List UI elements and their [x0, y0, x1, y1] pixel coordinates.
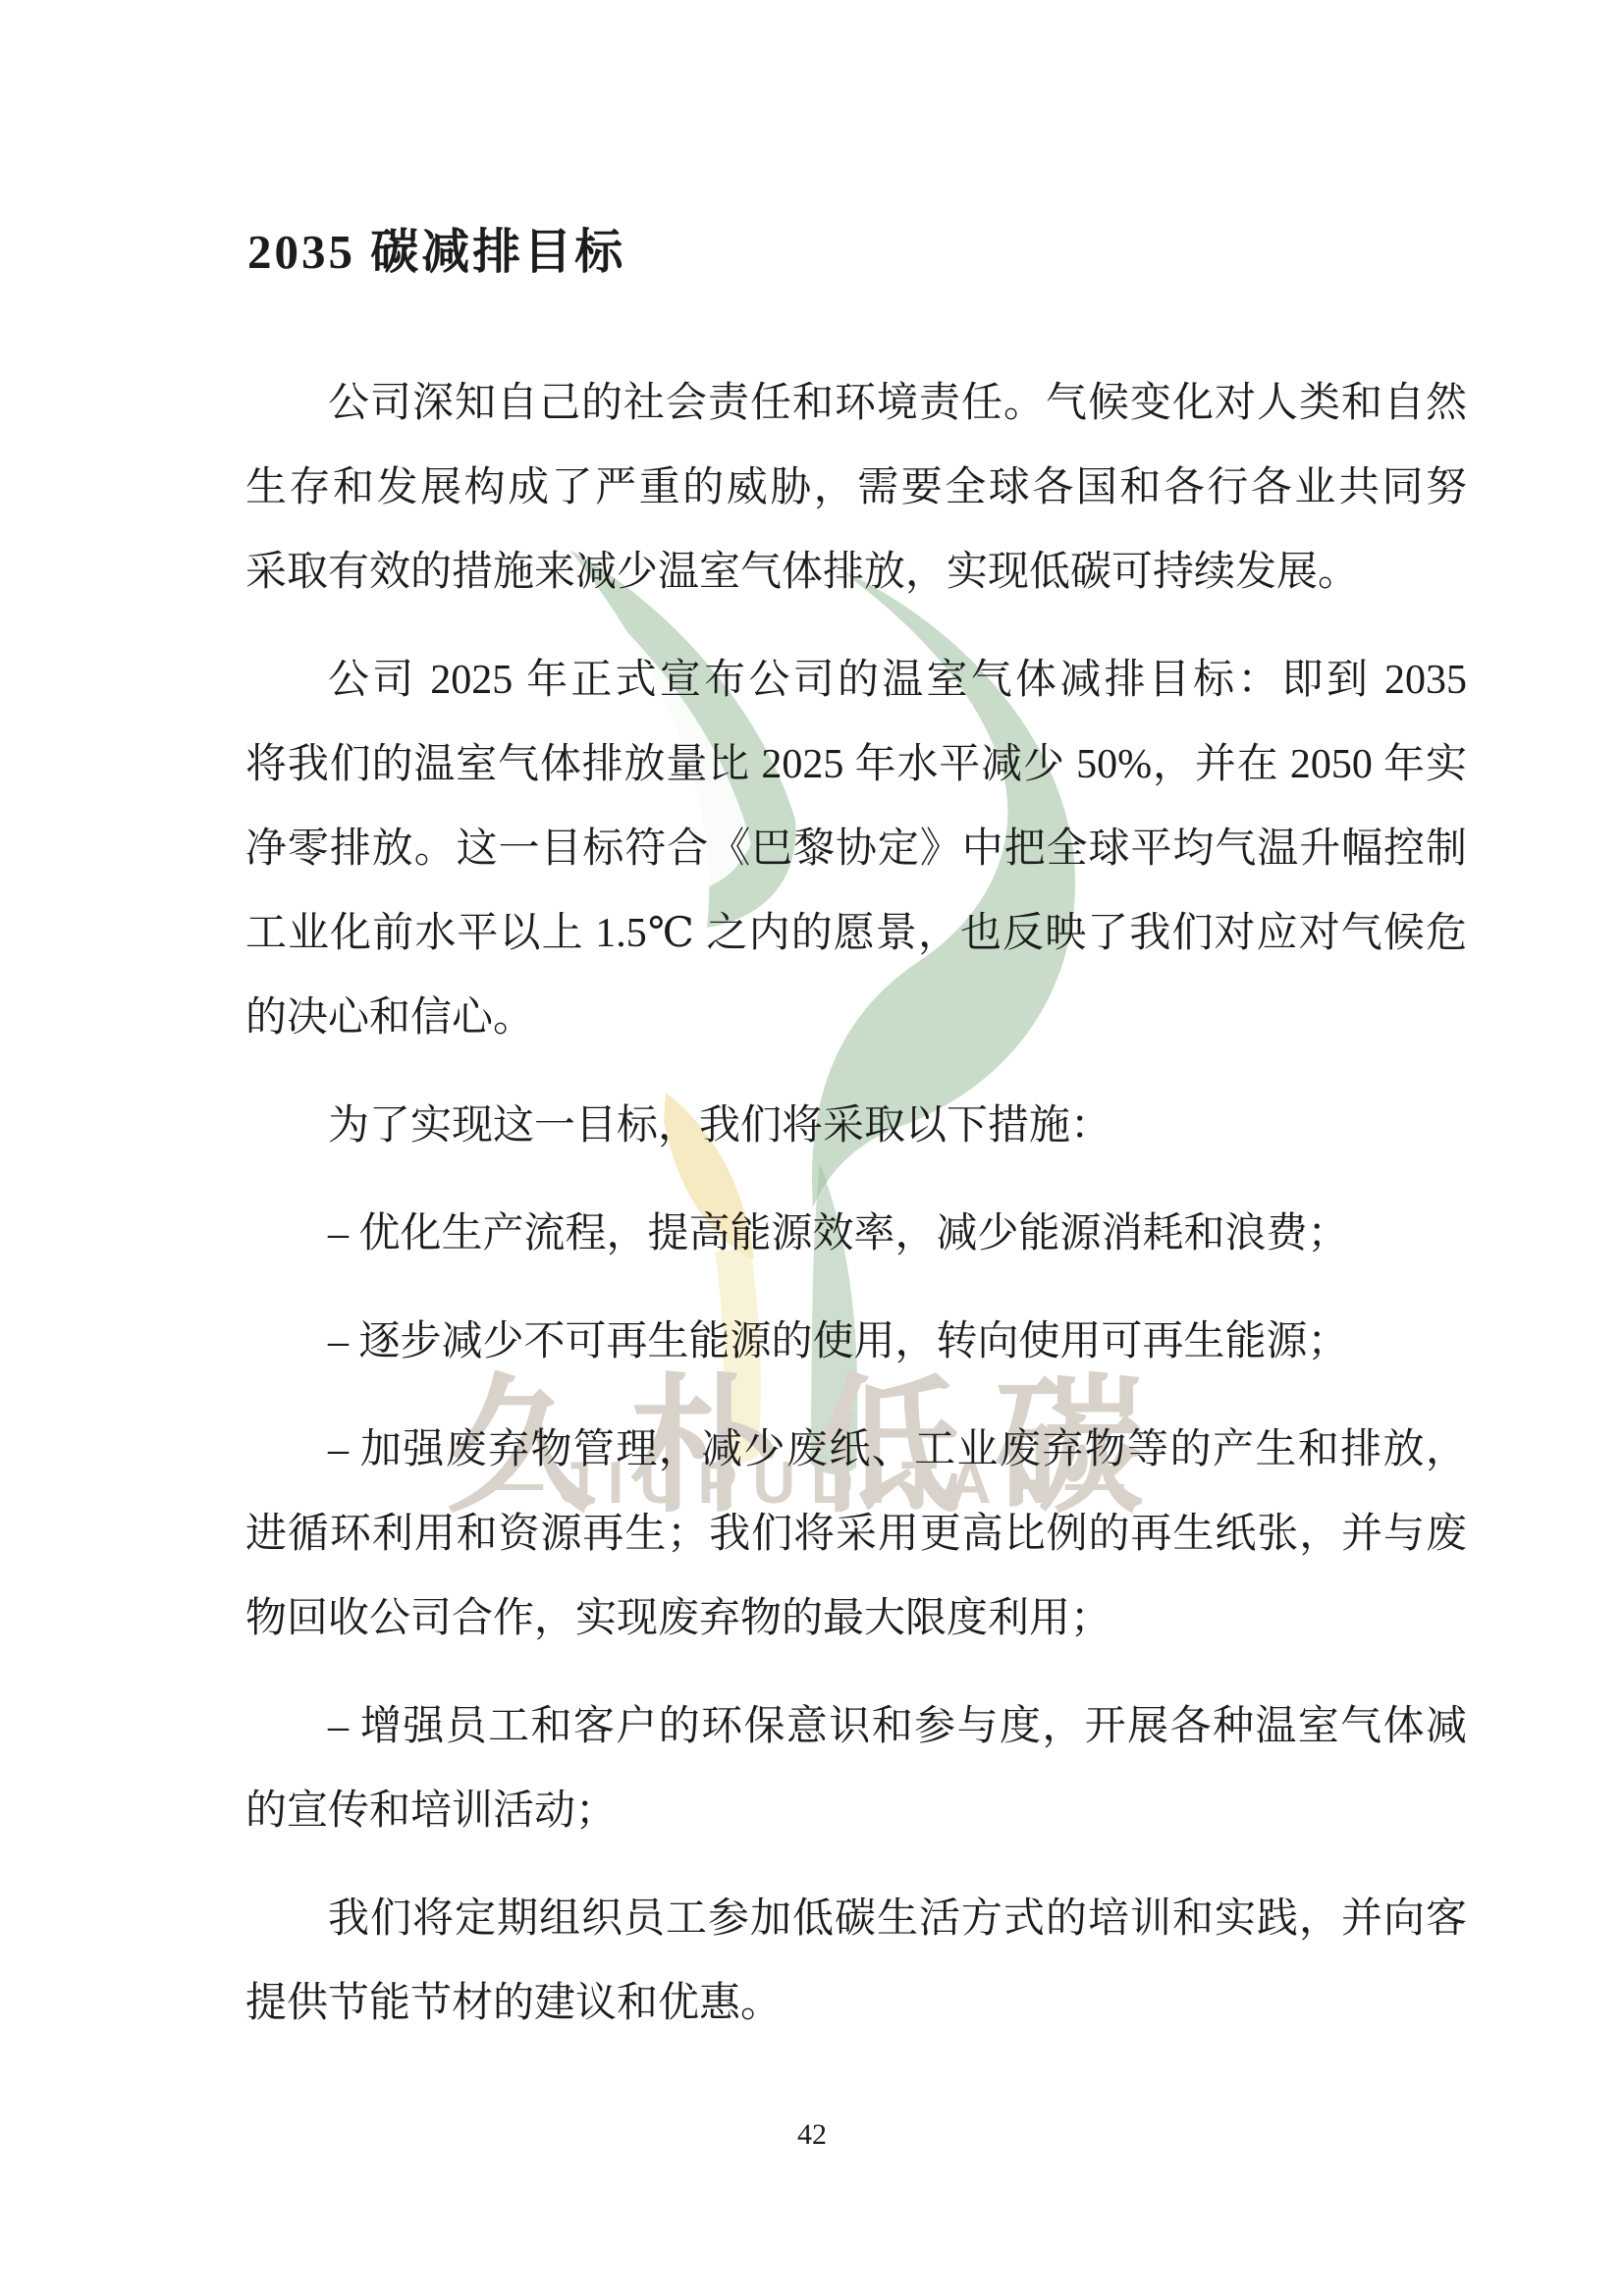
page-title: 2035 碳减排目标 — [247, 214, 1467, 283]
text-line: 我们将定期组织员工参加低碳生活方式的培训和实践，并向客户 — [245, 1877, 1467, 1961]
text-line: – 增强员工和客户的环保意识和参与度，开展各种温室气体减排 — [245, 1684, 1467, 1769]
paragraph: 为了实现这一目标，我们将采取以下措施： — [245, 1084, 1467, 1168]
document-page: 久朴低碳 —JIUPUDITAN— 2035 碳减排目标 公司深知自己的社会责任… — [0, 0, 1624, 2296]
text-line: 将我们的温室气体排放量比 2025 年水平减少 50%，并在 2050 年实现 — [245, 722, 1467, 807]
text-line: 为了实现这一目标，我们将采取以下措施： — [245, 1084, 1467, 1168]
text-line: 生存和发展构成了严重的威胁，需要全球各国和各行各业共同努力， — [245, 446, 1467, 530]
bullet-item: – 加强废弃物管理，减少废纸、工业废弃物等的产生和排放，促进循环利用和资源再生；… — [245, 1408, 1467, 1661]
page-number: 42 — [0, 2118, 1624, 2152]
paragraph: 公司 2025 年正式宣布公司的温室气体减排目标：即到 2035 年，将我们的温… — [245, 638, 1467, 1060]
document-body: 2035 碳减排目标 公司深知自己的社会责任和环境责任。气候变化对人类和自然的生… — [245, 214, 1467, 2069]
text-line: 净零排放。这一目标符合《巴黎协定》中把全球平均气温升幅控制在 — [245, 807, 1467, 891]
bullet-item: – 增强员工和客户的环保意识和参与度，开展各种温室气体减排的宣传和培训活动； — [245, 1684, 1467, 1853]
text-line: – 加强废弃物管理，减少废纸、工业废弃物等的产生和排放，促 — [245, 1408, 1467, 1492]
text-line: 公司深知自己的社会责任和环境责任。气候变化对人类和自然的 — [245, 361, 1467, 446]
text-line: – 优化生产流程，提高能源效率，减少能源消耗和浪费； — [245, 1192, 1467, 1276]
text-line: 物回收公司合作，实现废弃物的最大限度利用； — [245, 1576, 1467, 1661]
text-line: 提供节能节材的建议和优惠。 — [245, 1961, 1467, 2046]
text-line: 进循环利用和资源再生；我们将采用更高比例的再生纸张，并与废弃 — [245, 1492, 1467, 1576]
text-line: – 逐步减少不可再生能源的使用，转向使用可再生能源； — [245, 1300, 1467, 1384]
bullet-item: – 优化生产流程，提高能源效率，减少能源消耗和浪费； — [245, 1192, 1467, 1276]
paragraph: 我们将定期组织员工参加低碳生活方式的培训和实践，并向客户提供节能节材的建议和优惠… — [245, 1877, 1467, 2046]
paragraph-list: 公司深知自己的社会责任和环境责任。气候变化对人类和自然的生存和发展构成了严重的威… — [245, 361, 1467, 2046]
text-line: 采取有效的措施来减少温室气体排放，实现低碳可持续发展。 — [245, 530, 1467, 614]
bullet-item: – 逐步减少不可再生能源的使用，转向使用可再生能源； — [245, 1300, 1467, 1384]
paragraph: 公司深知自己的社会责任和环境责任。气候变化对人类和自然的生存和发展构成了严重的威… — [245, 361, 1467, 614]
text-line: 的决心和信心。 — [245, 976, 1467, 1060]
text-line: 公司 2025 年正式宣布公司的温室气体减排目标：即到 2035 年， — [245, 638, 1467, 722]
text-line: 的宣传和培训活动； — [245, 1769, 1467, 1853]
text-line: 工业化前水平以上 1.5℃ 之内的愿景，也反映了我们对应对气候危机 — [245, 891, 1467, 976]
